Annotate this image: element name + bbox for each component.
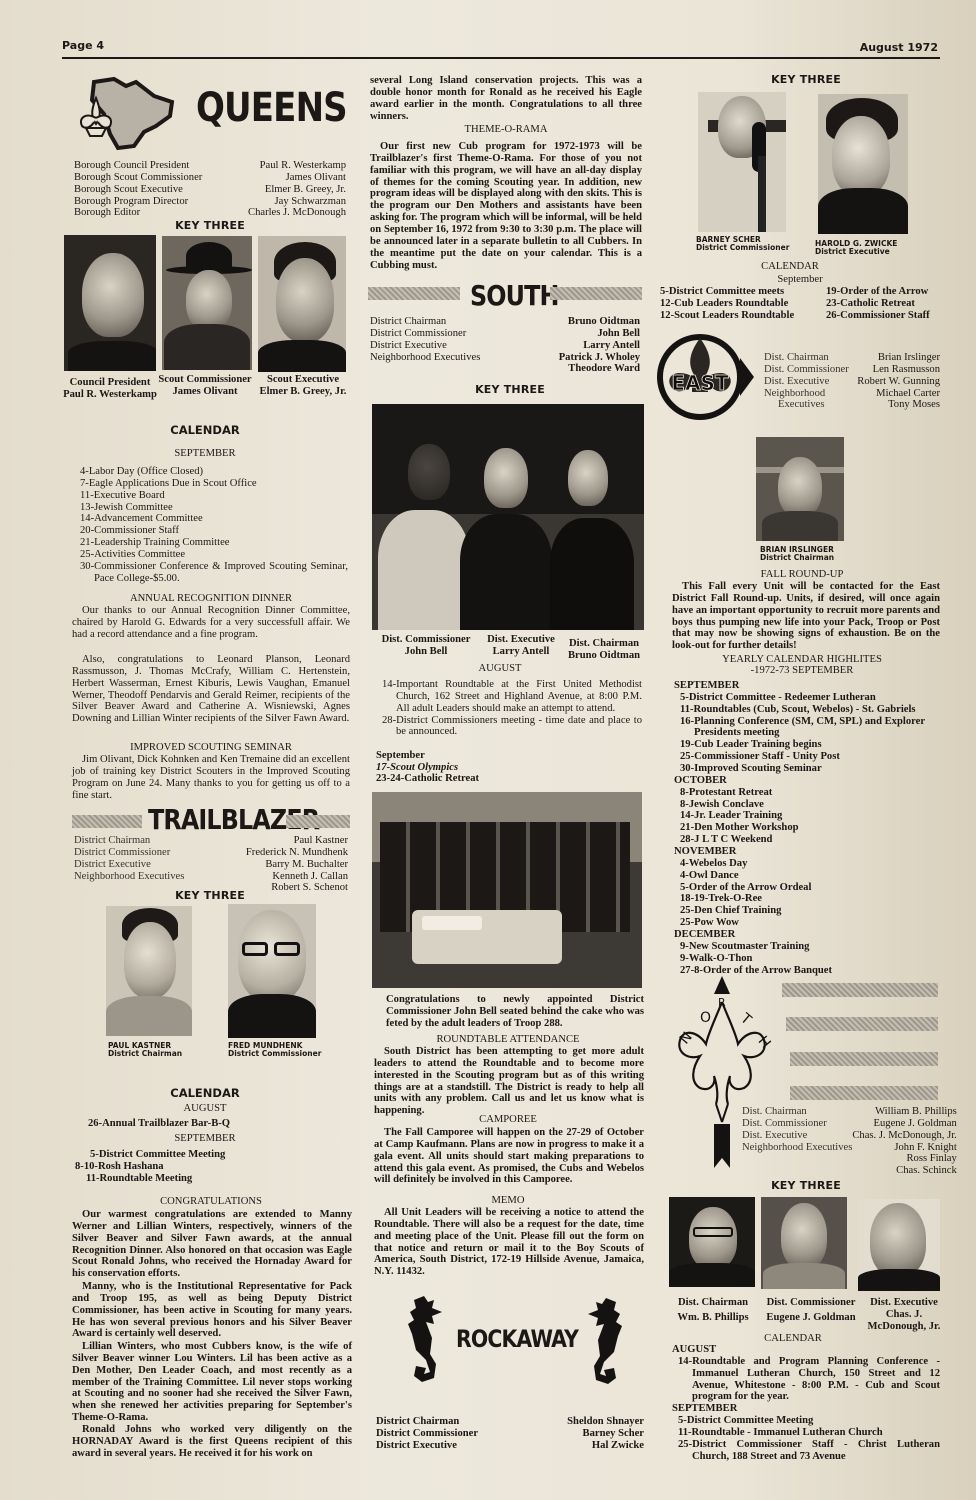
calendar-item: 14-Roundtable and Program Planning Confe… <box>672 1356 940 1403</box>
roster-name: William B. Phillips <box>852 1106 956 1118</box>
roster-name: Chas. Schinck <box>852 1165 956 1177</box>
roster-role: Dist. Commissioner <box>742 1118 852 1130</box>
calendar-item: 4-Webelos Day <box>674 858 942 870</box>
caption-name: Chas. J. McDonough, Jr. <box>864 1309 944 1333</box>
caption-name: Wm. B. Phillips <box>668 1312 758 1324</box>
roster-role: Borough Scout Executive <box>74 184 202 196</box>
photo-troop-288-leaders <box>372 792 642 988</box>
roster-role: Dist. Chairman <box>742 1106 852 1118</box>
roster-role: District Executive <box>370 340 480 352</box>
calendar-item: 25-Pow Wow <box>674 917 942 929</box>
congrats-paragraph-1: Our warmest congratulations are extended… <box>72 1209 352 1280</box>
calendar-item: 26-Annual Trailblazer Bar-B-Q <box>88 1118 230 1130</box>
calendar-item: 25-Commissioner Staff - Unity Post <box>674 751 942 763</box>
roster-name: Elmer B. Greey, Jr. <box>248 184 346 196</box>
caption-role: Council President <box>62 377 158 389</box>
theme-paragraph: Our first new Cub program for 1972-1973 … <box>370 141 642 271</box>
svg-text:T: T <box>737 1010 755 1029</box>
roster-role: Borough Council President <box>74 160 202 172</box>
calendar-item: 23-24-Catholic Retreat <box>376 773 479 785</box>
caption-name: Larry Antell <box>478 646 564 658</box>
calendar-item: 21-Den Mother Workshop <box>674 822 942 834</box>
congrats-paragraph-4: Ronald Johns who worked very diligently … <box>72 1424 352 1460</box>
svg-text:EAST: EAST <box>671 371 729 395</box>
calendar-item: 19-Cub Leader Training begins <box>674 739 942 751</box>
camporee-heading: CAMPOREE <box>372 1114 644 1126</box>
calendar-item: 5-District Committee Meeting <box>672 1415 940 1427</box>
svg-text:O: O <box>700 1010 711 1026</box>
roster-name: Charles J. McDonough <box>248 207 346 219</box>
calendar-item: 14-Jr. Leader Training <box>674 810 942 822</box>
roster-name: Paul R. Westerkamp <box>248 160 346 172</box>
caption-name: Eugene J. Goldman <box>762 1312 860 1324</box>
calendar-item: 12-Cub Leaders Roundtable <box>660 298 810 310</box>
roster-name: Theodore Ward <box>559 363 640 375</box>
trailblazer-roster: District Chairman District Commissioner … <box>74 835 348 894</box>
calendar-item: 14-Important Roundtable at the First Uni… <box>376 679 642 715</box>
roster-name: Chas. J. McDonough, Jr. <box>852 1130 956 1142</box>
congrats-heading: CONGRATULATIONS <box>72 1196 350 1208</box>
roster-role: Dist. Chairman <box>764 352 849 364</box>
roster-name: Ross Finlay <box>852 1153 956 1165</box>
calendar-month: SEPTEMBER <box>674 680 942 692</box>
rockaway-title: ROCKAWAY <box>456 1326 578 1353</box>
east-roster: Dist. Chairman Dist. Commissioner Dist. … <box>764 352 940 411</box>
queens-calendar-label: CALENDAR <box>150 424 260 437</box>
queens-map-fleur-de-lis-icon <box>74 74 178 154</box>
calendar-item: 11-Roundtable - Immanuel Lutheran Church <box>672 1427 940 1439</box>
roster-name: Patrick J. Wholey <box>559 352 640 364</box>
calendar-item: 28-J L T C Weekend <box>674 834 942 846</box>
roster-name: Len Rasmusson <box>857 364 940 376</box>
photo-brian-irslinger <box>756 437 844 541</box>
seahorse-left-icon <box>402 1294 446 1386</box>
north-roster: Dist. Chairman Dist. Commissioner Dist. … <box>742 1106 940 1177</box>
photo-eugene-goldman <box>761 1197 847 1289</box>
calendar-item: 11-Roundtable Meeting <box>86 1173 192 1185</box>
south-aug-label: AUGUST <box>450 663 550 675</box>
rockaway-key-three-label: KEY THREE <box>756 74 856 86</box>
seminar-heading: IMPROVED SCOUTING SEMINAR <box>72 742 350 754</box>
roster-name: Robert W. Gunning <box>857 376 940 388</box>
north-key-three-label: KEY THREE <box>756 1180 856 1192</box>
roster-name: Jay Schwarzman <box>248 196 346 208</box>
photo-barney-scher <box>698 92 786 232</box>
calendar-item: 8-Jewish Conclave <box>674 799 942 811</box>
roster-name: Michael Carter <box>857 388 940 400</box>
caption-harold-zwicke: HAROLD G. ZWICKE District Executive <box>815 240 925 257</box>
calendar-item: 21-Leadership Training Committee <box>74 537 348 549</box>
queens-calendar-list: 4-Labor Day (Office Closed) 7-Eagle Appl… <box>74 466 348 585</box>
south-key-three-captions: Dist. Commissioner John Bell Dist. Execu… <box>374 634 644 662</box>
roster-name: Frederick N. Mundhenk <box>246 847 348 859</box>
calendar-month: NOVEMBER <box>674 846 942 858</box>
caption-name: Paul R. Westerkamp <box>62 389 158 401</box>
caption-role: Dist. Chairman <box>668 1297 758 1309</box>
roster-role: District Chairman <box>74 835 184 847</box>
caption-role: District Chairman <box>108 1050 218 1058</box>
roster-name: Barry M. Buchalter <box>246 859 348 871</box>
calendar-item: 5-District Committee meets <box>660 286 810 298</box>
photo-caption: Congratulations to newly appointed Distr… <box>386 994 644 1030</box>
calendar-item: 18-19-Trek-O-Ree <box>674 893 942 905</box>
calendar-item: 19-Order of the Arrow <box>826 286 946 298</box>
roster-name: Hal Zwicke <box>567 1440 644 1452</box>
roster-name: Bruno Oidtman <box>559 316 640 328</box>
east-logo-icon: EAST <box>656 330 756 424</box>
roster-role: Executives <box>764 399 849 411</box>
calendar-item: 9-Walk-O-Thon <box>674 953 942 965</box>
title-bar-right <box>550 287 642 300</box>
caption-fred-mundhenk: FRED MUNDHENK District Commissioner <box>228 1042 348 1059</box>
roster-role: Neighborhood Executives <box>370 352 480 364</box>
congrats-paragraph-3: Lillian Winters, who most Cubbers know, … <box>72 1341 352 1424</box>
roster-name: Sheldon Shnayer <box>567 1416 644 1428</box>
calendar-item: 25-Den Chief Training <box>674 905 942 917</box>
calendar-item: 25-Activities Committee <box>74 549 348 561</box>
roster-role: Dist. Executive <box>764 376 849 388</box>
caption-role: Dist. Commissioner <box>374 634 478 646</box>
issue-date: August 1972 <box>860 42 938 54</box>
calendar-month: DECEMBER <box>674 929 942 941</box>
trailblazer-key-three-label: KEY THREE <box>160 890 260 902</box>
caption-brian-irslinger: BRIAN IRSLINGER District Chairman <box>760 546 870 563</box>
calendar-item: 20-Commissioner Staff <box>74 525 348 537</box>
south-aug-list: 14-Important Roundtable at the First Uni… <box>376 679 642 738</box>
roster-name: Paul Kastner <box>246 835 348 847</box>
memo-heading: MEMO <box>372 1195 644 1207</box>
dinner-paragraph-1: Our thanks to our Annual Recognition Din… <box>72 605 350 641</box>
roster-name: Brian Irslinger <box>857 352 940 364</box>
calendar-item: 5-District Committee Meeting <box>90 1149 225 1161</box>
caption-role: District Executive <box>815 248 925 256</box>
calendar-item: 16-Planning Conference (SM, CM, SPL) and… <box>674 716 942 740</box>
calendar-item: 8-10-Rosh Hashana <box>75 1161 164 1173</box>
queens-key-three-captions: Council President Paul R. Westerkamp Sco… <box>62 376 354 401</box>
title-bar-right <box>286 815 350 828</box>
header-rule <box>62 57 940 59</box>
calendar-item: 7-Eagle Applications Due in Scout Office <box>74 478 348 490</box>
caption-role: Dist. Commissioner <box>762 1297 860 1309</box>
calendar-item: 13-Jewish Committee <box>74 502 348 514</box>
photo-paul-kastner <box>106 906 192 1036</box>
calendar-month: SEPTEMBER <box>672 1403 940 1415</box>
calendar-month: AUGUST <box>150 1103 260 1115</box>
roundtable-paragraph: South District has been attempting to ge… <box>374 1046 644 1117</box>
roundup-paragraph: This Fall every Unit will be contacted f… <box>672 581 940 652</box>
caption-role: District Commissioner <box>696 244 806 252</box>
north-bar-3 <box>790 1052 938 1066</box>
calendar-item: 30-Improved Scouting Seminar <box>674 763 942 775</box>
photo-south-key-three <box>372 404 644 630</box>
caption-role: Scout Commissioner <box>158 374 252 386</box>
roster-role: District Executive <box>74 859 184 871</box>
newsletter-page: Page 4 August 1972 QUEENS Borough Counci… <box>0 0 976 1500</box>
roster-role: Dist. Executive <box>742 1130 852 1142</box>
svg-text:R: R <box>718 996 726 1009</box>
roster-name: Tony Moses <box>857 399 940 411</box>
photo-scout-executive <box>258 236 346 372</box>
north-bar-2 <box>786 1017 938 1031</box>
queens-roster: Borough Council President Borough Scout … <box>74 160 346 219</box>
rockaway-roster: District Chairman District Commissioner … <box>376 1416 644 1452</box>
calendar-item: 9-New Scoutmaster Training <box>674 941 942 953</box>
photo-chas-mcdonough <box>858 1199 940 1291</box>
caption-role: Dist. Executive <box>864 1297 944 1309</box>
caption-role: District Chairman <box>760 554 870 562</box>
caption-name: Bruno Oidtman <box>564 650 644 662</box>
calendar-item: 30-Commissioner Conference & Improved Sc… <box>74 561 348 585</box>
yearly-subheading: -1972-73 SEPTEMBER <box>664 665 940 677</box>
south-sep-label: September <box>376 750 425 762</box>
caption-role: District Commissioner <box>228 1050 348 1058</box>
photo-council-president <box>64 235 156 371</box>
south-title: SOUTH <box>470 280 559 311</box>
roster-role: District Chairman <box>376 1416 478 1428</box>
north-key-three-captions: Dist. Chairman Wm. B. Phillips Dist. Com… <box>668 1297 944 1333</box>
calendar-item: 23-Catholic Retreat <box>826 298 946 310</box>
rockaway-calendar-left: 5-District Committee meets 12-Cub Leader… <box>660 286 810 322</box>
calendar-item: 12-Scout Leaders Roundtable <box>660 310 810 322</box>
roster-role: Neighborhood Executives <box>74 871 184 883</box>
roster-role: District Commissioner <box>376 1428 478 1440</box>
calendar-item: 4-Labor Day (Office Closed) <box>74 466 348 478</box>
roster-name: Robert S. Schenot <box>246 882 348 894</box>
calendar-item: 14-Advancement Committee <box>74 513 348 525</box>
roundtable-heading: ROUNDTABLE ATTENDANCE <box>372 1034 644 1046</box>
roundup-heading: FALL ROUND-UP <box>664 569 940 581</box>
roster-role: Borough Editor <box>74 207 202 219</box>
calendar-item: 11-Roundtables (Cub, Scout, Webelos) - S… <box>674 704 942 716</box>
caption-paul-kastner: PAUL KASTNER District Chairman <box>108 1042 218 1059</box>
title-bar-left <box>72 815 142 828</box>
roster-name: Eugene J. Goldman <box>852 1118 956 1130</box>
calendar-item: 4-Owl Dance <box>674 870 942 882</box>
calendar-item: 26-Commissioner Staff <box>826 310 946 322</box>
photo-scout-commissioner <box>162 236 252 370</box>
congrats-continued: several Long Island conservation project… <box>370 75 642 122</box>
dinner-heading: ANNUAL RECOGNITION DINNER <box>72 593 350 605</box>
roster-role: District Commissioner <box>74 847 184 859</box>
calendar-item: 11-Executive Board <box>74 490 348 502</box>
calendar-month: AUGUST <box>672 1344 940 1356</box>
caption-role: Dist. Executive <box>478 634 564 646</box>
caption-barney-scher: BARNEY SCHER District Commissioner <box>696 236 806 253</box>
roster-role: Neighborhood <box>764 388 849 400</box>
caption-name: James Olivant <box>158 386 252 398</box>
calendar-item: 25-District Commissioner Staff - Christ … <box>672 1439 940 1463</box>
svg-text:H: H <box>755 1033 774 1051</box>
photo-harold-zwicke <box>818 94 908 234</box>
roster-name: John F. Knight <box>852 1142 956 1154</box>
roster-role: Neighborhood Executives <box>742 1142 852 1154</box>
memo-paragraph: All Unit Leaders will be receiving a not… <box>374 1207 644 1278</box>
caption-name: John Bell <box>374 646 478 658</box>
seminar-paragraph: Jim Olivant, Dick Kohnken and Ken Tremai… <box>72 754 350 801</box>
calendar-month: SEPTEMBER <box>150 1133 260 1145</box>
calendar-item: 8-Protestant Retreat <box>674 787 942 799</box>
queens-title: QUEENS <box>196 86 347 131</box>
roster-name: Larry Antell <box>559 340 640 352</box>
caption-role: Scout Executive <box>252 374 354 386</box>
roster-name: Barney Scher <box>567 1428 644 1440</box>
title-bar-left <box>368 287 460 300</box>
roster-role: Borough Scout Commissioner <box>74 172 202 184</box>
congrats-paragraph-2: Manny, who is the Institutional Represen… <box>72 1281 352 1340</box>
north-bar-4 <box>790 1086 938 1100</box>
trailblazer-calendar-label: CALENDAR <box>150 1087 260 1100</box>
calendar-month: OCTOBER <box>674 775 942 787</box>
rockaway-calendar-right: 19-Order of the Arrow 23-Catholic Retrea… <box>826 286 946 322</box>
roster-name: James Olivant <box>248 172 346 184</box>
seahorse-right-icon <box>584 1296 628 1388</box>
caption-name: Elmer B. Greey, Jr. <box>252 386 354 398</box>
calendar-item: 28-District Commissioners meeting - time… <box>376 715 642 739</box>
north-bar-1 <box>782 983 938 997</box>
calendar-item: 5-Order of the Arrow Ordeal <box>674 882 942 894</box>
queens-calendar-month: SEPTEMBER <box>150 448 260 460</box>
roster-name: John Bell <box>559 328 640 340</box>
roster-role: District Executive <box>376 1440 478 1452</box>
rockaway-calendar-month: September <box>760 274 840 286</box>
north-calendar: AUGUST 14-Roundtable and Program Plannin… <box>672 1344 940 1463</box>
queens-key-three-label: KEY THREE <box>160 220 260 232</box>
photo-fred-mundhenk <box>228 904 316 1038</box>
theme-heading: THEME-O-RAMA <box>370 124 642 136</box>
camporee-paragraph: The Fall Camporee will happen on the 27-… <box>374 1127 644 1186</box>
south-key-three-label: KEY THREE <box>460 384 560 396</box>
rockaway-calendar-label: CALENDAR <box>750 261 830 273</box>
page-number: Page 4 <box>62 40 104 52</box>
roster-role: District Chairman <box>370 316 480 328</box>
south-roster: District Chairman District Commissioner … <box>370 316 640 375</box>
calendar-item: 5-District Committee - Redeemer Lutheran <box>674 692 942 704</box>
caption-role: Dist. Chairman <box>564 638 644 650</box>
roster-role: Borough Program Director <box>74 196 202 208</box>
roster-role: Dist. Commissioner <box>764 364 849 376</box>
roster-role: District Commissioner <box>370 328 480 340</box>
yearly-calendar: SEPTEMBER 5-District Committee - Redeeme… <box>674 680 942 976</box>
dinner-paragraph-2: Also, congratulations to Leonard Planson… <box>72 654 350 725</box>
photo-wm-phillips <box>669 1197 755 1287</box>
roster-name: Kenneth J. Callan <box>246 871 348 883</box>
